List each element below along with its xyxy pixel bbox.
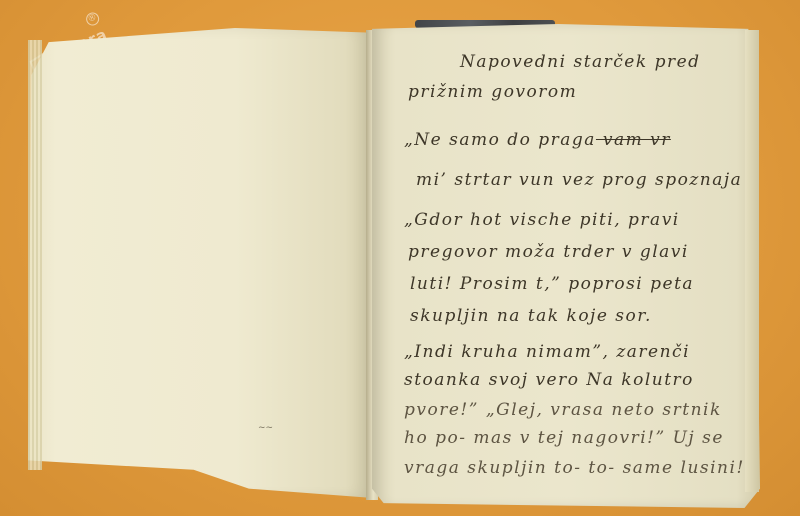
handwritten-line: pvore!” „Glej, vrasa neto srtnik	[404, 400, 722, 420]
struck-word: vam vr	[596, 130, 671, 150]
handwritten-line: pregovor moža trder v glavi	[408, 242, 689, 262]
right-page: Napovedni starček predprižnim govorom„Ne…	[372, 24, 760, 508]
handwritten-line: Napovedni starček pred	[460, 52, 701, 72]
handwritten-line: skupljin na tak koje sor.	[410, 306, 652, 326]
registered-mark: ®	[84, 11, 101, 28]
handwritten-line: „Gdor hot vische piti, pravi	[404, 210, 680, 230]
handwritten-line: ho po- mas v tej nagovri!” Uj se	[404, 428, 724, 448]
left-page-mark: ~~	[258, 423, 273, 433]
handwritten-line: „Ne samo do praga vam vr	[404, 130, 671, 150]
handwritten-line: stoanka svoj vero Na kolutro	[404, 370, 694, 390]
left-page-stack-edges	[28, 40, 42, 470]
handwritten-line: mi’ strtar vun vez prog spoznaja	[416, 170, 742, 190]
left-page: ~~	[28, 28, 373, 498]
handwritten-line: luti! Prosim t,” poprosi peta	[410, 274, 694, 294]
handwritten-line: prižnim govorom	[408, 82, 577, 102]
right-page-edge	[745, 30, 759, 492]
handwritten-line: „Indi kruha nimam”, zarenči	[404, 342, 690, 362]
handwritten-line: vraga skupljin to- to- same lusini!	[404, 458, 745, 478]
